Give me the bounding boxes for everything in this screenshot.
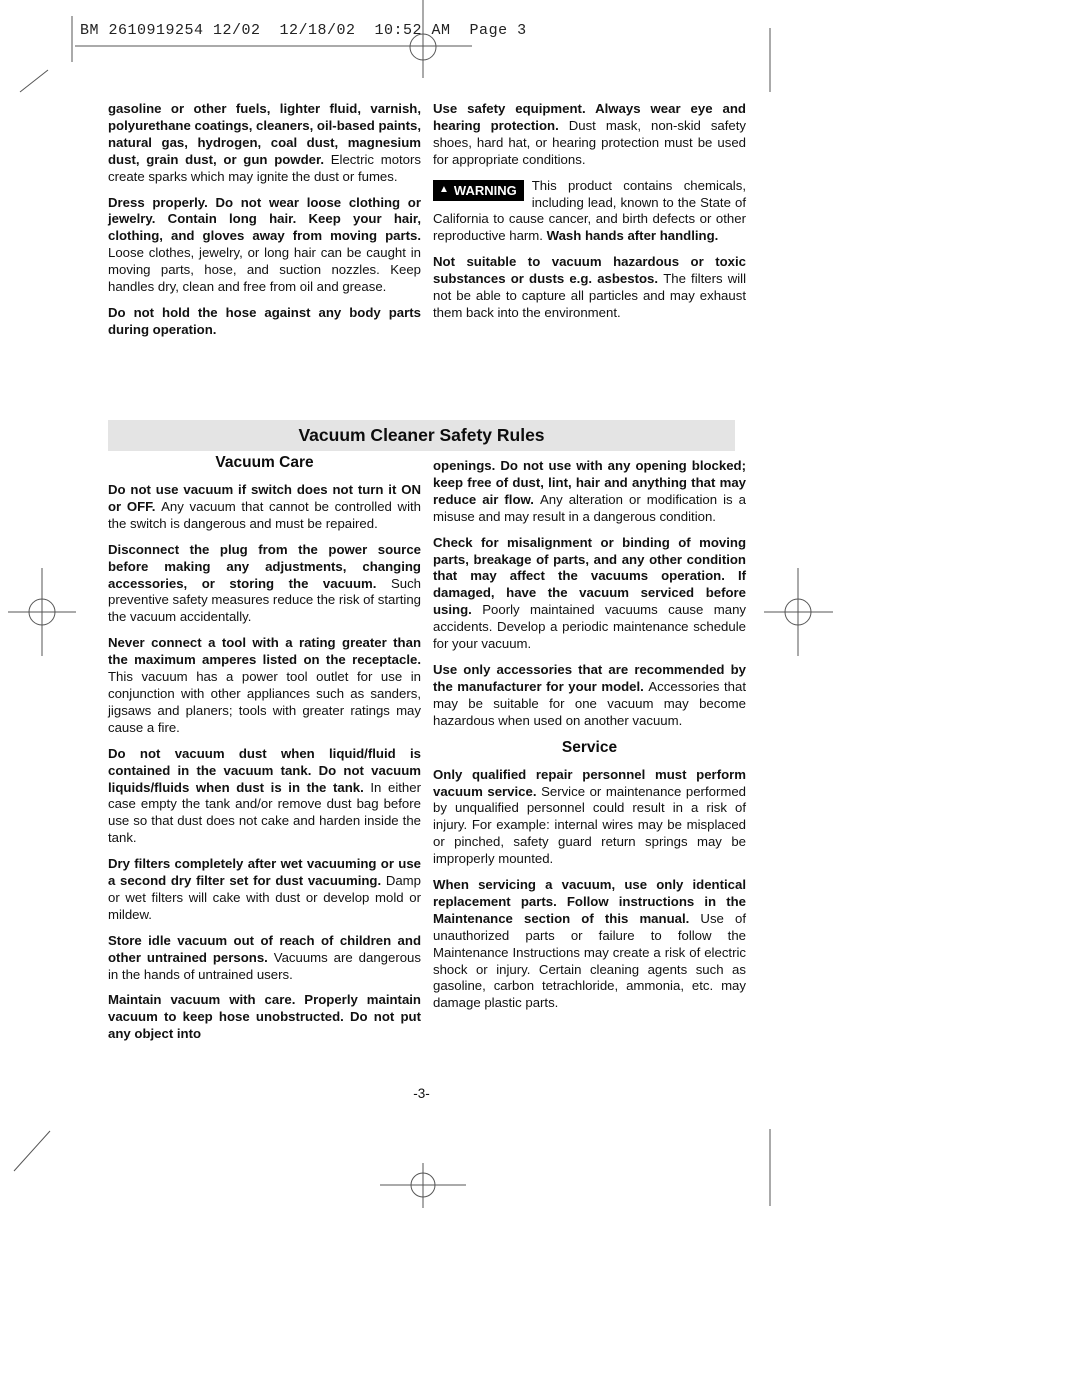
warning-triangle-icon: ▲: [439, 185, 449, 195]
column-left-bottom: Vacuum Care Do not use vacuum if switch …: [108, 454, 421, 1052]
section-banner: Vacuum Cleaner Safety Rules: [108, 420, 735, 451]
safety-paragraph: Store idle vacuum out of reach of childr…: [108, 933, 421, 984]
section-banner-title: Vacuum Cleaner Safety Rules: [298, 425, 544, 446]
registration-circle-right: [785, 599, 811, 625]
safety-paragraph: Use only accessories that are recommende…: [433, 662, 746, 730]
safety-paragraph: Maintain vacuum with care. Properly main…: [108, 992, 421, 1043]
registration-circle-bottom: [411, 1173, 435, 1197]
safety-paragraph: Use safety equipment. Always wear eye an…: [433, 101, 746, 169]
safety-paragraph: Never connect a tool with a rating great…: [108, 635, 421, 736]
registration-circle-left: [29, 599, 55, 625]
safety-paragraph: Disconnect the plug from the power sourc…: [108, 542, 421, 627]
safety-paragraph: openings. Do not use with any opening bl…: [433, 458, 746, 526]
warning-badge-label: WARNING: [454, 184, 517, 197]
warning-badge: ▲WARNING: [433, 180, 524, 201]
safety-paragraph: gasoline or other fuels, lighter fluid, …: [108, 101, 421, 186]
vacuum-care-heading: Vacuum Care: [108, 454, 421, 472]
safety-paragraph: Only qualified repair personnel must per…: [433, 767, 746, 868]
crop-mark-bottom-left: [14, 1131, 50, 1171]
manual-page: BM 2610919254 12/02 12/18/02 10:52 AM Pa…: [0, 0, 1080, 1397]
safety-paragraph: Dry filters completely after wet vacuumi…: [108, 856, 421, 924]
safety-paragraph: Do not use vacuum if switch does not tur…: [108, 482, 421, 533]
safety-paragraph: Dress properly. Do not wear loose clothi…: [108, 195, 421, 296]
safety-paragraph: Do not vacuum dust when liquid/fluid is …: [108, 746, 421, 847]
column-right-top: Use safety equipment. Always wear eye an…: [433, 101, 746, 331]
column-right-bottom: openings. Do not use with any opening bl…: [433, 458, 746, 1021]
safety-paragraph: Check for misalignment or binding of mov…: [433, 535, 746, 653]
column-left-top: gasoline or other fuels, lighter fluid, …: [108, 101, 421, 348]
service-heading: Service: [433, 739, 746, 757]
print-slug-header: BM 2610919254 12/02 12/18/02 10:52 AM Pa…: [80, 22, 527, 39]
page-number: -3-: [108, 1086, 735, 1101]
warning-paragraph: ▲WARNINGThis product contains chemicals,…: [433, 178, 746, 246]
safety-paragraph: Not suitable to vacuum hazardous or toxi…: [433, 254, 746, 322]
crop-mark-top-left: [20, 70, 48, 92]
safety-paragraph: Do not hold the hose against any body pa…: [108, 305, 421, 339]
safety-paragraph: When servicing a vacuum, use only identi…: [433, 877, 746, 1012]
